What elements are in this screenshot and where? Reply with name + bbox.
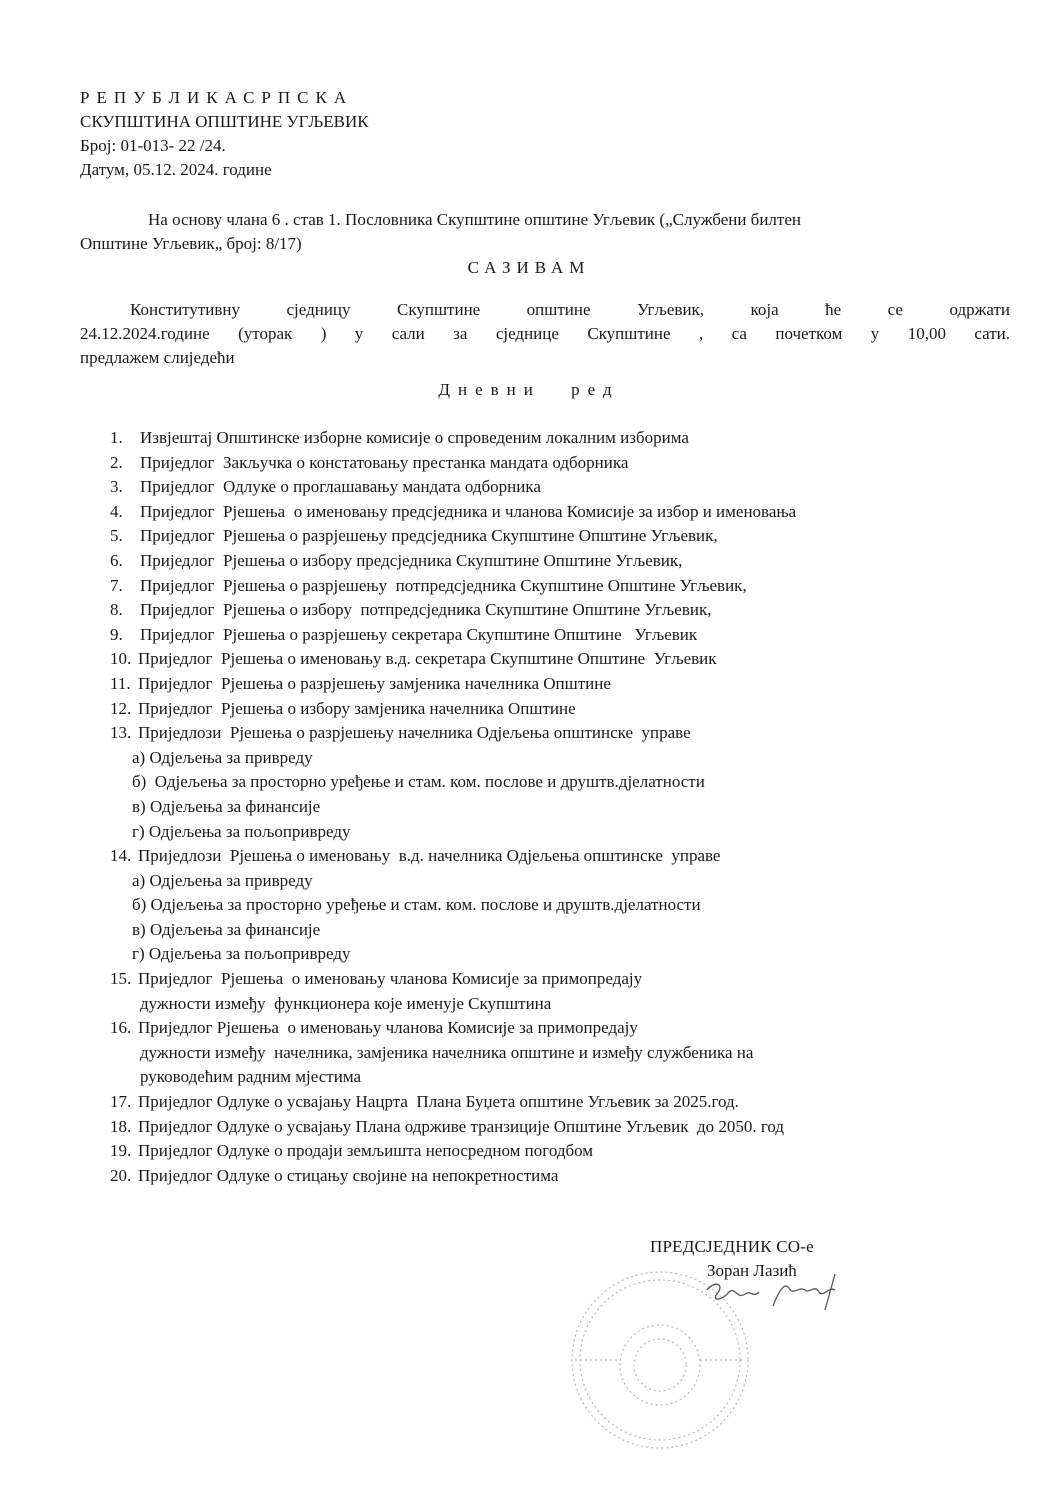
session-line-2: 24.12.2024.године (уторак ) у сали за сј… <box>80 322 1010 346</box>
header-date: Датум, 05.12. 2024. године <box>80 158 272 182</box>
convene-title: САЗИВАМ <box>0 258 1058 278</box>
agenda-item-text: Приједлог Одлуке о проглашавању мандата … <box>140 475 541 500</box>
agenda-item-text: Приједлог Рјешења о разрјешењу секретара… <box>140 623 697 648</box>
agenda-item-text: Приједлог Одлуке о усвајању Нацрта Плана… <box>138 1090 739 1115</box>
document-page: РЕПУБЛИКАСРПСКА СКУПШТИНА ОПШТИНЕ УГЉЕВИ… <box>0 0 1058 1496</box>
agenda-item-number: 15. <box>110 967 138 992</box>
agenda-item-text: Приједлог Рјешења о разрјешењу предсједн… <box>140 524 718 549</box>
agenda-sub-item: а) Одјељења за привреду <box>110 869 990 894</box>
agenda-item-number: 19. <box>110 1139 138 1164</box>
agenda-item-number: 13. <box>110 721 138 746</box>
agenda-item: 10.Приједлог Рјешења о именовању в.д. се… <box>110 647 990 672</box>
agenda-item-continuation: дужности између функционера које именује… <box>110 992 990 1017</box>
agenda-item-number: 10. <box>110 647 138 672</box>
agenda-item-text: Приједлог Закључка о констатовању преста… <box>140 451 628 476</box>
agenda-list: 1.Извјештај Општинске изборне комисије о… <box>110 426 990 1188</box>
agenda-sub-item: а) Одјељења за привреду <box>110 746 990 771</box>
agenda-item: 1.Извјештај Општинске изборне комисије о… <box>110 426 990 451</box>
agenda-title: Дневни ред <box>0 380 1058 400</box>
agenda-item-number: 14. <box>110 844 138 869</box>
agenda-item-number: 12. <box>110 697 138 722</box>
intro-line-1: На основу члана 6 . став 1. Пословника С… <box>80 208 1010 232</box>
agenda-item: 17.Приједлог Одлуке о усвајању Нацрта Пл… <box>110 1090 990 1115</box>
agenda-item: 8.Приједлог Рјешења о избору потпредсјед… <box>110 598 990 623</box>
agenda-sub-item: г) Одјељења за пољопривреду <box>110 942 990 967</box>
agenda-item-text: Приједлози Рјешења о именовању в.д. наче… <box>138 844 720 869</box>
agenda-item-text: Приједлог Рјешења о разрјешењу замјеника… <box>138 672 611 697</box>
agenda-item-number: 6. <box>110 549 140 574</box>
agenda-item: 18.Приједлог Одлуке о усвајању Плана одр… <box>110 1115 990 1140</box>
session-paragraph: Конститутивну сједницу Скупштине општине… <box>80 298 1010 370</box>
agenda-item: 7.Приједлог Рјешења о разрјешењу потпред… <box>110 574 990 599</box>
agenda-sub-item: г) Одјељења за пољопривреду <box>110 820 990 845</box>
agenda-item-number: 2. <box>110 451 140 476</box>
agenda-item-text: Приједлог Рјешења о избору потпредсједни… <box>140 598 711 623</box>
agenda-item-number: 16. <box>110 1016 138 1041</box>
agenda-item-number: 4. <box>110 500 140 525</box>
agenda-item-text: Приједлог Одлуке о продаји земљишта непо… <box>138 1139 593 1164</box>
header-assembly: СКУПШТИНА ОПШТИНЕ УГЉЕВИК <box>80 110 369 134</box>
republic-right: СРПСКА <box>243 88 353 107</box>
agenda-item: 6.Приједлог Рјешења о избору предсједник… <box>110 549 990 574</box>
agenda-item: 4.Приједлог Рјешења о именовању предсјед… <box>110 500 990 525</box>
agenda-item-number: 7. <box>110 574 140 599</box>
agenda-item-number: 17. <box>110 1090 138 1115</box>
agenda-item-number: 3. <box>110 475 140 500</box>
agenda-item-text: Приједлог Рјешења о именовању предсједни… <box>140 500 796 525</box>
republic-left: РЕПУБЛИКА <box>80 88 243 107</box>
agenda-item: 20.Приједлог Одлуке о стицању својине на… <box>110 1164 990 1189</box>
agenda-item-number: 11. <box>110 672 138 697</box>
agenda-item: 12.Приједлог Рјешења о избору замјеника … <box>110 697 990 722</box>
agenda-item: 9.Приједлог Рјешења о разрјешењу секрета… <box>110 623 990 648</box>
agenda-sub-item: б) Одјељења за просторно уређење и стам.… <box>110 893 990 918</box>
agenda-item: 5.Приједлог Рјешења о разрјешењу предсје… <box>110 524 990 549</box>
agenda-sub-item: б) Одјељења за просторно уређење и стам.… <box>110 770 990 795</box>
agenda-item-text: Приједлози Рјешења о разрјешењу начелник… <box>138 721 691 746</box>
header-number: Број: 01-013- 22 /24. <box>80 134 226 158</box>
agenda-item-text: Приједлог Одлуке о стицању својине на не… <box>138 1164 558 1189</box>
agenda-item: 14.Приједлози Рјешења о именовању в.д. н… <box>110 844 990 869</box>
agenda-sub-item: в) Одјељења за финансије <box>110 918 990 943</box>
session-line-1: Конститутивну сједницу Скупштине општине… <box>80 298 1010 322</box>
agenda-item-text: Приједлог Рјешења о именовању чланова Ко… <box>138 1016 638 1041</box>
agenda-item-text: Приједлог Рјешења о именовању в.д. секре… <box>138 647 717 672</box>
intro-line-2: Општине Угљевик„ број: 8/17) <box>80 232 1010 256</box>
agenda-item: 13.Приједлози Рјешења о разрјешењу начел… <box>110 721 990 746</box>
agenda-item-text: Приједлог Рјешења о избору замјеника нач… <box>138 697 576 722</box>
handwritten-signature-icon <box>695 1270 855 1320</box>
agenda-item-text: Извјештај Општинске изборне комисије о с… <box>140 426 689 451</box>
agenda-item: 11.Приједлог Рјешења о разрјешењу замјен… <box>110 672 990 697</box>
agenda-item-text: Приједлог Рјешења о разрјешењу потпредсј… <box>140 574 747 599</box>
agenda-item-continuation: дужности између начелника, замјеника нач… <box>110 1041 990 1066</box>
agenda-item-number: 5. <box>110 524 140 549</box>
agenda-item-text: Приједлог Одлуке о усвајању Плана одржив… <box>138 1115 784 1140</box>
header-republic: РЕПУБЛИКАСРПСКА <box>80 86 353 110</box>
agenda-sub-item: в) Одјељења за финансије <box>110 795 990 820</box>
agenda-item-text: Приједлог Рјешења о именовању чланова Ко… <box>138 967 642 992</box>
agenda-item: 16.Приједлог Рјешења о именовању чланова… <box>110 1016 990 1041</box>
agenda-item-number: 1. <box>110 426 140 451</box>
agenda-item-number: 9. <box>110 623 140 648</box>
agenda-item-number: 18. <box>110 1115 138 1140</box>
agenda-item: 19.Приједлог Одлуке о продаји земљишта н… <box>110 1139 990 1164</box>
signature-title: ПРЕДСЈЕДНИК СО-е <box>650 1235 814 1259</box>
session-line-3: предлажем слиједећи <box>80 346 1010 370</box>
intro-paragraph: На основу члана 6 . став 1. Пословника С… <box>80 208 1010 256</box>
agenda-item: 2.Приједлог Закључка о констатовању прес… <box>110 451 990 476</box>
agenda-item: 3.Приједлог Одлуке о проглашавању мандат… <box>110 475 990 500</box>
agenda-item-text: Приједлог Рјешења о избору предсједника … <box>140 549 682 574</box>
agenda-item-number: 20. <box>110 1164 138 1189</box>
agenda-item-number: 8. <box>110 598 140 623</box>
agenda-item: 15.Приједлог Рјешења о именовању чланова… <box>110 967 990 992</box>
agenda-item-continuation: руководећим радним мјестима <box>110 1065 990 1090</box>
